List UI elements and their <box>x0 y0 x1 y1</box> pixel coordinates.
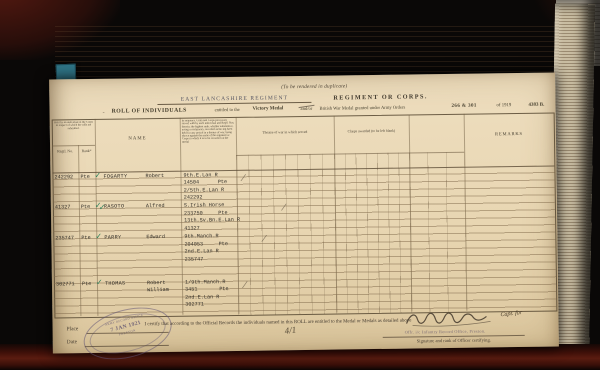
previous-service-header-text: In sequence, Units and Corps previously … <box>182 119 235 144</box>
forename: Alfred <box>146 203 165 209</box>
service-line: 41327 <box>184 225 200 231</box>
forename-second: William <box>147 287 169 293</box>
service-line: 2nd.E.Lan R <box>185 294 219 300</box>
service-line: 9th.Manch.R <box>184 233 218 239</box>
title-army-orders: 266 & 301 <box>451 104 476 109</box>
service-line: 2/5th.E.Lan R <box>184 187 225 194</box>
regtl-no: 41327 <box>55 204 71 210</box>
surname: FOGARTY <box>103 173 127 179</box>
title-entitled: entitled to the <box>215 107 240 112</box>
surname: THOMAS <box>105 280 126 286</box>
title-war-medal: British War Medal granted under Army Ord… <box>320 105 406 111</box>
service-line: 14504 Pte <box>184 179 228 186</box>
service-line: 1/9th.Manch.R <box>185 279 226 286</box>
service-line: 13th.Sv.Bn.E.Lan R <box>184 217 240 224</box>
regtl-no: 302771 <box>56 281 75 287</box>
regtl-no: 235747 <box>55 235 74 241</box>
check-mark-icon: ✓ <box>94 170 101 179</box>
document-page: (To be rendered in duplicate) EAST LANCA… <box>49 72 559 353</box>
surname: RASOTO <box>104 204 125 210</box>
service-line: 302771 <box>185 301 204 307</box>
rank: Pte <box>81 204 90 210</box>
service-line: 242292 <box>184 194 203 200</box>
pencil-slash-mark: / <box>281 203 287 213</box>
service-line: 204053 Pte <box>184 241 228 248</box>
signature-caption: Signature and rank of Officer certifying… <box>383 337 525 344</box>
regtl-no: 242292 <box>54 174 73 180</box>
handwritten-mark: 4/1 <box>284 325 297 336</box>
service-line: 2nd.E.Lan R <box>184 248 218 254</box>
service-line: 235747 <box>185 256 204 262</box>
rank-header: Rank* <box>78 149 95 153</box>
duplicate-note: (To be rendered in duplicate) <box>281 83 347 90</box>
check-mark-icon: ✓ <box>95 232 102 241</box>
held-by-header-text: Held by an individual in the Corps in re… <box>53 121 95 131</box>
service-line: 3451 Pte <box>185 286 229 293</box>
check-mark-icon: ✓ <box>95 201 102 210</box>
previous-service-header-cell: In sequence, Units and Corps previously … <box>182 119 236 163</box>
place-label: Place <box>67 326 79 332</box>
surname: PARRY <box>104 235 121 241</box>
pencil-slash-mark: / <box>261 235 267 245</box>
title-victory-medal: Victory Medal <box>253 106 284 111</box>
rank: Pte <box>80 173 89 179</box>
service-line: 233750 Pte <box>184 210 228 217</box>
held-by-header-cell: Held by an individual in the Corps in re… <box>53 121 95 138</box>
check-mark-icon: ✓ <box>96 277 103 286</box>
officer-signature <box>404 308 500 329</box>
regtl-no-header: Regtl. No. <box>52 149 78 153</box>
rank: Pte <box>82 280 91 286</box>
service-line: S.Irish Horse <box>184 202 225 209</box>
regiment-name-stamp: EAST LANCASHIRE REGIMENT <box>157 95 311 105</box>
officer-title-stamp: Offr. i/c Infantry Record Office, Presto… <box>405 328 535 335</box>
photo-scene: (To be rendered in duplicate) EAST LANCA… <box>0 0 600 370</box>
roll-table: Held by an individual in the Corps in re… <box>52 113 557 318</box>
signature-rank-handwritten: Capt. for <box>500 310 522 318</box>
roll-title: ROLL OF INDIVIDUALS <box>112 108 187 115</box>
forename: Robert <box>145 172 164 178</box>
title-form-number: 4383 B. <box>528 103 544 108</box>
rank: Pte <box>81 235 90 241</box>
forename: Robert <box>147 279 166 285</box>
title-of-year: of 1919 <box>496 103 511 108</box>
date-label: Date <box>67 339 77 345</box>
forename: Edward <box>146 234 165 240</box>
pencil-slash-mark: / <box>242 280 248 290</box>
regiment-or-corps-label: REGIMENT OR CORPS. <box>333 93 427 101</box>
service-line: 9th.E.Lan R <box>183 172 217 178</box>
pencil-slash-mark: / <box>240 173 246 183</box>
